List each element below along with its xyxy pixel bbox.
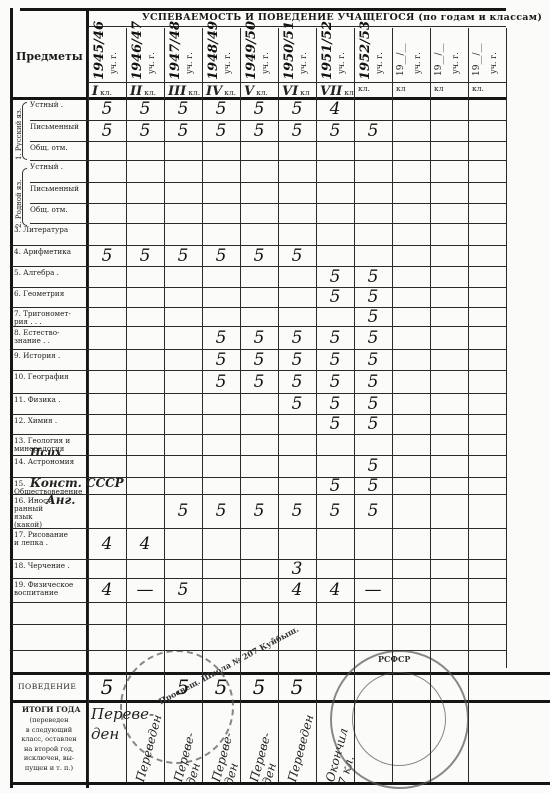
row-line <box>12 307 506 308</box>
grade-value: 4 <box>323 581 347 599</box>
subject-label: 7. Тригономет- рия . . . <box>14 310 86 326</box>
row-line <box>30 203 506 204</box>
grade-value: 5 <box>285 100 309 118</box>
grade-value: 5 <box>209 247 233 265</box>
grade-value: 5 <box>323 502 347 520</box>
year-label: 1952/53 <box>358 21 373 80</box>
grade-value: 5 <box>171 247 195 265</box>
grade-value: 4 <box>133 535 157 553</box>
handwritten-subject-note: Анг. <box>46 493 75 507</box>
class-suffix: кл. <box>358 84 370 93</box>
grade-value: 5 <box>323 395 347 413</box>
grade-value: 5 <box>361 395 385 413</box>
grade-value: 5 <box>323 288 347 306</box>
year-suffix: уч. г. <box>223 52 232 74</box>
subject-label: 10. География <box>14 373 86 381</box>
class-label: IVкл. <box>206 84 236 99</box>
grade-value: 3 <box>285 560 309 578</box>
year-label: 19__/__ <box>472 44 482 76</box>
year-label: 1946/47 <box>130 21 145 80</box>
grade-value: 4 <box>95 581 119 599</box>
subject-label: 14. Астрономия <box>14 458 86 466</box>
subject-label: 4. Арифметика <box>14 248 86 256</box>
grade-value: 5 <box>323 415 347 433</box>
class-label: VIIкл <box>320 84 354 99</box>
handwritten-subject-note: Конст. СССР <box>30 476 124 490</box>
grade-value: 5 <box>133 247 157 265</box>
grade-value: 5 <box>323 477 347 495</box>
behavior-grade: 5 <box>209 678 233 696</box>
year-label: 1947/48 <box>168 21 183 80</box>
class-suffix: кл. <box>256 88 268 97</box>
grade-value: 5 <box>247 122 271 140</box>
grade-value: 5 <box>209 329 233 347</box>
grade-value: 5 <box>285 373 309 391</box>
column-line <box>506 28 507 668</box>
grade-value: — <box>361 581 385 599</box>
row-line <box>12 602 506 603</box>
row-line <box>12 287 506 288</box>
grade-value: 5 <box>323 122 347 140</box>
grade-value: 5 <box>361 268 385 286</box>
year-label: 19__/__ <box>434 44 444 76</box>
row-line <box>12 393 506 394</box>
grade-value: 5 <box>171 100 195 118</box>
class-number: VII <box>320 84 342 99</box>
behavior-label: ПОВЕДЕНИЕ <box>18 683 76 691</box>
state-stamp-inner <box>352 672 446 766</box>
results-note: (переведен в следующий класс, оставлен н… <box>13 716 85 773</box>
year-suffix: уч. г. <box>109 52 118 74</box>
grade-value: 5 <box>285 122 309 140</box>
class-suffix: кл. <box>224 88 236 97</box>
class-label: IIкл. <box>130 84 156 99</box>
subjects-header: Предметы <box>16 50 83 63</box>
year-suffix: уч. г. <box>413 52 422 74</box>
grade-value: 5 <box>95 100 119 118</box>
row-line <box>12 266 506 267</box>
grade-value: 5 <box>247 100 271 118</box>
subject-label: 11. Физика . <box>14 396 86 404</box>
year-suffix: уч. г. <box>375 52 384 74</box>
row-line <box>12 455 506 456</box>
grade-value: 5 <box>171 581 195 599</box>
row-line <box>30 223 506 224</box>
year-label: 1950/51 <box>282 21 297 80</box>
group-native-brace <box>22 168 27 226</box>
behavior-grade: 5 <box>171 678 195 696</box>
subject-label: 5. Алгебра . <box>14 269 86 277</box>
grade-value: 5 <box>171 122 195 140</box>
grade-value: 4 <box>95 535 119 553</box>
row-line <box>30 182 506 183</box>
row-line <box>30 141 506 142</box>
result-value: Переведен <box>286 713 316 783</box>
row-line <box>12 434 506 435</box>
row-line <box>12 578 506 579</box>
row-line <box>12 528 506 529</box>
year-label: 1949/50 <box>244 21 259 80</box>
grade-value: 5 <box>209 373 233 391</box>
grade-value: 5 <box>285 502 309 520</box>
year-label: 1948/49 <box>206 21 221 80</box>
class-suffix: кл. <box>144 88 156 97</box>
grade-value: 4 <box>285 581 309 599</box>
grade-value: 5 <box>209 122 233 140</box>
class-label: VIкл <box>282 84 310 99</box>
grade-value: 5 <box>361 351 385 369</box>
subject-label: 17. Рисование и лепка . <box>14 531 86 547</box>
behavior-grade: 5 <box>95 678 119 696</box>
grade-value: 5 <box>133 122 157 140</box>
year-suffix: уч. г. <box>185 52 194 74</box>
subject-label: 12. Химия . <box>14 417 86 425</box>
behavior-grade: 5 <box>247 678 271 696</box>
grade-value: 5 <box>361 288 385 306</box>
grade-value: — <box>133 581 157 599</box>
grade-value: 5 <box>361 122 385 140</box>
subject-label: Письменный <box>30 185 102 193</box>
group-russian-brace <box>22 102 27 160</box>
subject-label: Устный . <box>30 163 102 171</box>
class-number: V <box>244 84 254 99</box>
class-label: кл <box>396 84 405 93</box>
top-border <box>20 8 506 11</box>
row-line <box>12 414 506 415</box>
year-label: 1945/46 <box>92 21 107 80</box>
state-stamp-text: РСФСР <box>378 654 410 664</box>
subject-label: Общ. отм. <box>30 206 102 214</box>
row-line <box>30 160 506 161</box>
grade-value: 5 <box>209 502 233 520</box>
class-suffix: кл. <box>472 84 484 93</box>
year-suffix: уч. г. <box>337 52 346 74</box>
class-label: Vкл. <box>244 84 268 99</box>
grade-value: 5 <box>95 122 119 140</box>
class-number: VI <box>282 84 298 99</box>
grade-value: 5 <box>361 502 385 520</box>
grade-value: 5 <box>361 415 385 433</box>
class-suffix: кл <box>396 84 405 93</box>
class-label: IIIкл. <box>168 84 200 99</box>
year-suffix: уч. г. <box>451 52 460 74</box>
grade-value: 5 <box>95 247 119 265</box>
grade-value: 5 <box>247 247 271 265</box>
results-label: ИТОГИ ГОДА <box>22 706 81 714</box>
subject-label: 9. История . <box>14 352 86 360</box>
title-underline <box>88 26 506 27</box>
grade-value: 5 <box>209 351 233 369</box>
row-line <box>12 559 506 560</box>
page-title: УСПЕВАЕМОСТЬ И ПОВЕДЕНИЕ УЧАЩЕГОСЯ (по г… <box>142 12 542 23</box>
row-line <box>12 650 506 651</box>
subject-label: 6. Геометрия <box>14 290 86 298</box>
row-line <box>12 494 506 495</box>
grade-value: 5 <box>209 100 233 118</box>
grade-value: 5 <box>247 329 271 347</box>
year-suffix: уч. г. <box>147 52 156 74</box>
class-suffix: кл <box>344 88 353 97</box>
behavior-grade: 5 <box>285 678 309 696</box>
results-bottom-border <box>10 782 550 785</box>
grade-value: 5 <box>285 395 309 413</box>
left-border <box>10 8 13 788</box>
grade-value: 5 <box>323 373 347 391</box>
grade-value: 5 <box>323 329 347 347</box>
grade-value: 5 <box>323 268 347 286</box>
grade-value: 5 <box>361 308 385 326</box>
grade-value: 5 <box>171 502 195 520</box>
class-number: II <box>130 84 142 99</box>
subject-label: Общ. отм. <box>30 144 102 152</box>
grade-value: 5 <box>361 457 385 475</box>
school-report-card: Предметы УСПЕВАЕМОСТЬ И ПОВЕДЕНИЕ УЧАЩЕГ… <box>0 0 550 793</box>
row-line <box>12 624 506 625</box>
handwritten-subject-note: Псих <box>30 446 62 459</box>
subject-label: 19. Физическое воспитание <box>14 581 86 597</box>
subject-label: 8. Естество- знание . . <box>14 329 86 345</box>
grade-value: 5 <box>247 351 271 369</box>
grade-value: 5 <box>361 329 385 347</box>
class-suffix: кл <box>434 84 443 93</box>
class-label: Iкл. <box>92 84 112 99</box>
class-number: I <box>92 84 98 99</box>
year-label: 19__/__ <box>396 44 406 76</box>
year-suffix: уч. г. <box>299 52 308 74</box>
grade-value: 4 <box>323 100 347 118</box>
class-label: кл. <box>358 84 370 93</box>
class-suffix: кл. <box>100 88 112 97</box>
grade-value: 5 <box>361 477 385 495</box>
grade-value: 5 <box>285 351 309 369</box>
subject-label: Устный . <box>30 101 102 109</box>
grade-value: 5 <box>133 100 157 118</box>
grade-value: 5 <box>247 373 271 391</box>
subject-label: 18. Черчение . <box>14 562 86 570</box>
grade-value: 5 <box>361 373 385 391</box>
class-number: III <box>168 84 186 99</box>
class-number: IV <box>206 84 222 99</box>
year-suffix: уч. г. <box>261 52 270 74</box>
year-label: 1951/52 <box>320 21 335 80</box>
year-suffix: уч. г. <box>489 52 498 74</box>
class-suffix: кл <box>300 88 309 97</box>
grade-value: 5 <box>323 351 347 369</box>
grade-value: 5 <box>285 329 309 347</box>
class-label: кл. <box>472 84 484 93</box>
subject-label: 3. Литература <box>14 226 86 234</box>
class-suffix: кл. <box>188 88 200 97</box>
grade-value: 5 <box>285 247 309 265</box>
subject-label: Письменный <box>30 123 102 131</box>
grade-value: 5 <box>247 502 271 520</box>
class-label: кл <box>434 84 443 93</box>
result-value: Переве- ден <box>248 731 286 787</box>
